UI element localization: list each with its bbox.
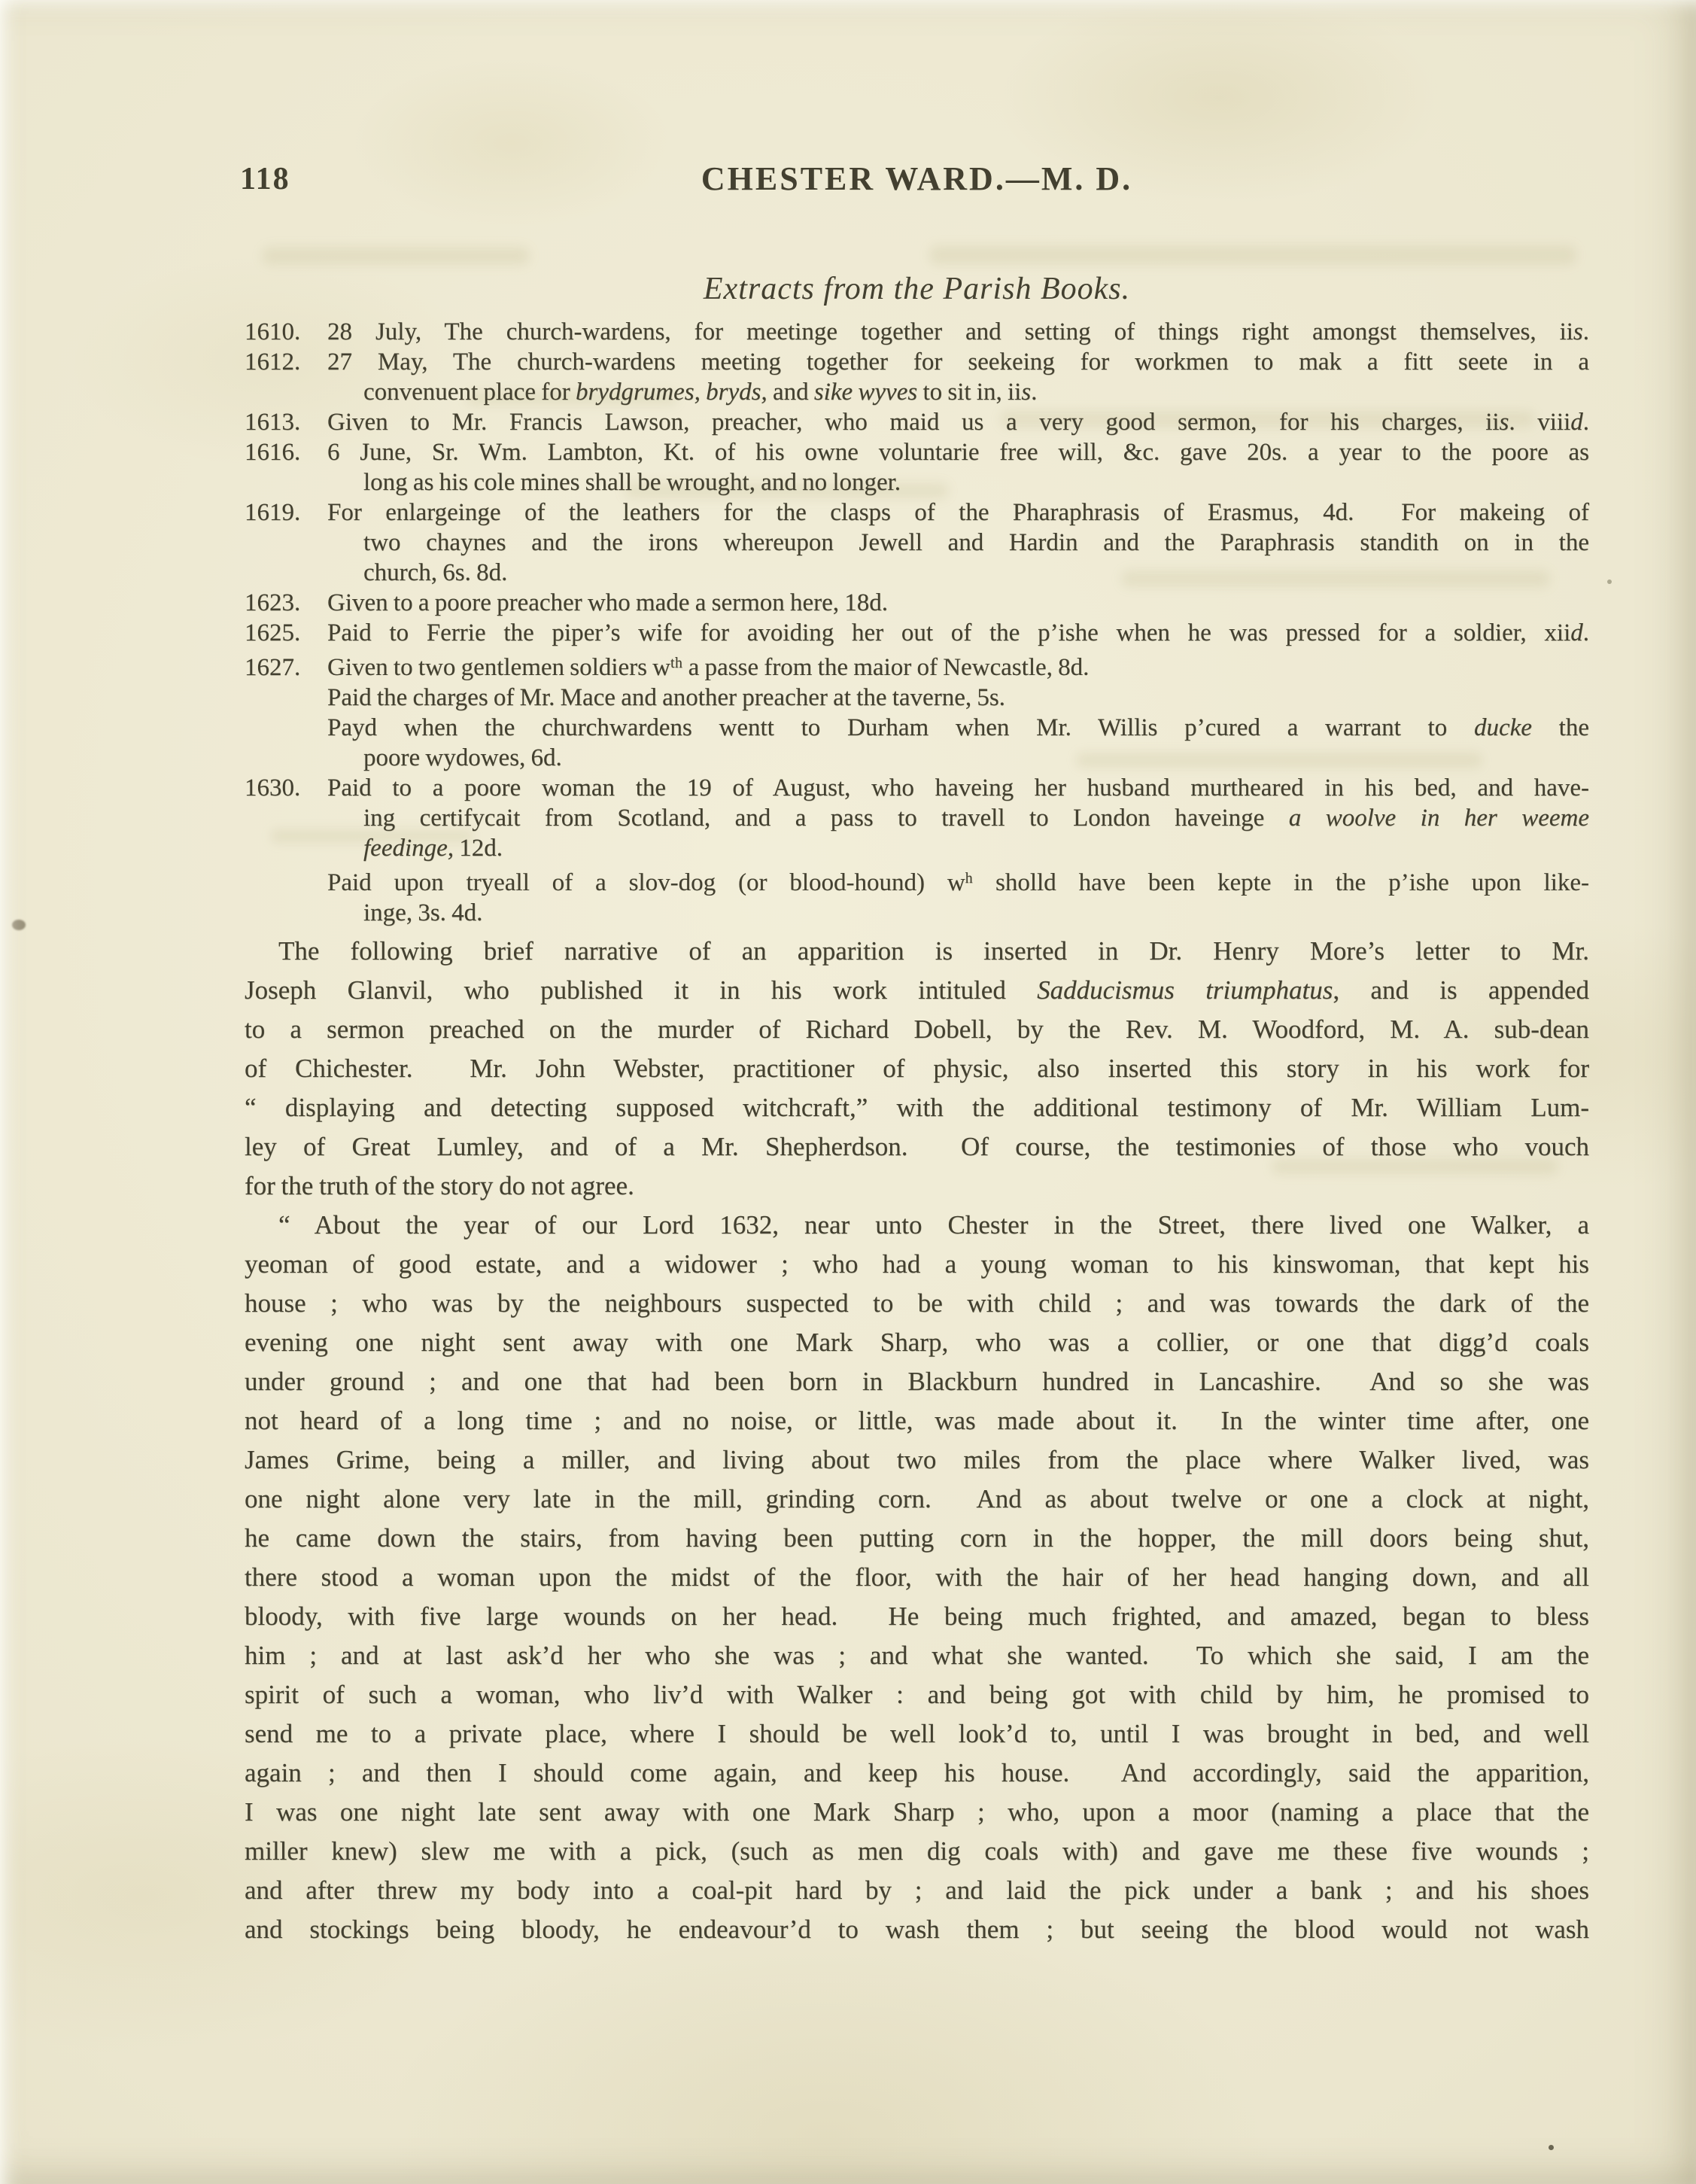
paragraph-line: he came down the stairs, from having bee… <box>245 1519 1589 1558</box>
entry-line: 1610.28 July, The church-wardens, for me… <box>245 317 1589 347</box>
paragraph: The following brief narrative of an appa… <box>245 932 1589 1206</box>
entry-line: Payd when the churchwardens wentt to Dur… <box>245 713 1589 743</box>
parish-extracts-list: 1610.28 July, The church-wardens, for me… <box>245 317 1589 928</box>
ink-speck <box>1549 2145 1554 2150</box>
running-title: CHESTER WARD.—M. D. <box>245 160 1589 198</box>
paragraph-line: “ About the year of our Lord 1632, near … <box>245 1206 1589 1245</box>
entry-year: 1625. <box>245 618 327 648</box>
entry-line: Paid the charges of Mr. Mace and another… <box>245 683 1589 713</box>
entry-line: 1630.Paid to a poore woman the 19 of Aug… <box>245 773 1589 803</box>
entry-line: 1625.Paid to Ferrie the piper’s wife for… <box>245 618 1589 648</box>
paragraph-line: not heard of a long time ; and no noise,… <box>245 1401 1589 1440</box>
entry-year: 1630. <box>245 773 327 803</box>
entry-line: feedinge, 12d. <box>245 833 1589 863</box>
entry-line: 1616.6 June, Sr. Wm. Lambton, Kt. of his… <box>245 437 1589 467</box>
entry-line: inge, 3s. 4d. <box>245 898 1589 928</box>
paragraph-line: to a sermon preached on the murder of Ri… <box>245 1010 1589 1049</box>
narrative-paragraphs: The following brief narrative of an appa… <box>245 932 1589 1949</box>
paragraph-line: again ; and then I should come again, an… <box>245 1754 1589 1793</box>
entry-year: 1612. <box>245 347 327 377</box>
paragraph-line: spirit of such a woman, who liv’d with W… <box>245 1675 1589 1714</box>
paragraph-line: of Chichester. Mr. John Webster, practit… <box>245 1049 1589 1088</box>
paragraph-line: him ; and at last ask’d her who she was … <box>245 1636 1589 1675</box>
ink-speck <box>12 920 26 930</box>
paragraph-line: evening one night sent away with one Mar… <box>245 1323 1589 1362</box>
paragraph-line: The following brief narrative of an appa… <box>245 932 1589 971</box>
paragraph-line: and stockings being bloody, he endeavour… <box>245 1910 1589 1949</box>
entry-year: 1616. <box>245 437 327 467</box>
paragraph-line: one night alone very late in the mill, g… <box>245 1480 1589 1519</box>
paragraph-line: there stood a woman upon the midst of th… <box>245 1558 1589 1597</box>
entry-line: poore wydowes, 6d. <box>245 743 1589 773</box>
paragraph-line: ley of Great Lumley, and of a Mr. Shephe… <box>245 1127 1589 1167</box>
entry-line: Paid upon tryeall of a slov-dog (or bloo… <box>245 863 1589 898</box>
scanned-book-page: 118 CHESTER WARD.—M. D. Extracts from th… <box>0 0 1696 2184</box>
entry-line: 1619.For enlargeinge of the leathers for… <box>245 497 1589 528</box>
section-title: Extracts from the Parish Books. <box>245 271 1589 307</box>
entry-line: 1623.Given to a poore preacher who made … <box>245 588 1589 618</box>
entry-line: two chaynes and the irons whereupon Jewe… <box>245 528 1589 558</box>
paragraph: “ About the year of our Lord 1632, near … <box>245 1206 1589 1949</box>
paragraph-line: and after threw my body into a coal-pit … <box>245 1871 1589 1910</box>
ink-speck <box>1607 579 1612 584</box>
page-header: 118 CHESTER WARD.—M. D. <box>245 160 1589 197</box>
entry-line: 1612.27 May, The church-wardens meeting … <box>245 347 1589 377</box>
entry-line: long as his cole mines shall be wrought,… <box>245 467 1589 497</box>
paragraph-line: under ground ; and one that had been bor… <box>245 1362 1589 1401</box>
paragraph-line: send me to a private place, where I shou… <box>245 1714 1589 1754</box>
entry-line: 1613.Given to Mr. Francis Lawson, preach… <box>245 407 1589 437</box>
entry-line: convenuent place for brydgrumes, bryds, … <box>245 377 1589 407</box>
show-through-stain <box>262 247 530 265</box>
paragraph-line: for the truth of the story do not agree. <box>245 1167 1589 1206</box>
entry-line: ing certifycait from Scotland, and a pas… <box>245 803 1589 833</box>
page-number: 118 <box>240 161 290 197</box>
paragraph-line: I was one night late sent away with one … <box>245 1793 1589 1832</box>
paragraph-line: house ; who was by the neighbours suspec… <box>245 1284 1589 1323</box>
paragraph-line: James Grime, being a miller, and living … <box>245 1440 1589 1480</box>
paragraph-line: Joseph Glanvil, who published it in his … <box>245 971 1589 1010</box>
entry-year: 1619. <box>245 497 327 528</box>
entry-year: 1610. <box>245 317 327 347</box>
show-through-stain <box>929 245 1576 265</box>
entry-line: 1627.Given to two gentlemen soldiers wth… <box>245 648 1589 683</box>
paragraph-line: “ displaying and detecting supposed witc… <box>245 1088 1589 1127</box>
entry-year: 1613. <box>245 407 327 437</box>
entry-line: church, 6s. 8d. <box>245 558 1589 588</box>
paragraph-line: bloody, with five large wounds on her he… <box>245 1597 1589 1636</box>
paragraph-line: yeoman of good estate, and a widower ; w… <box>245 1245 1589 1284</box>
entry-year: 1623. <box>245 588 327 618</box>
entry-year: 1627. <box>245 652 327 683</box>
paragraph-line: miller knew) slew me with a pick, (such … <box>245 1832 1589 1871</box>
